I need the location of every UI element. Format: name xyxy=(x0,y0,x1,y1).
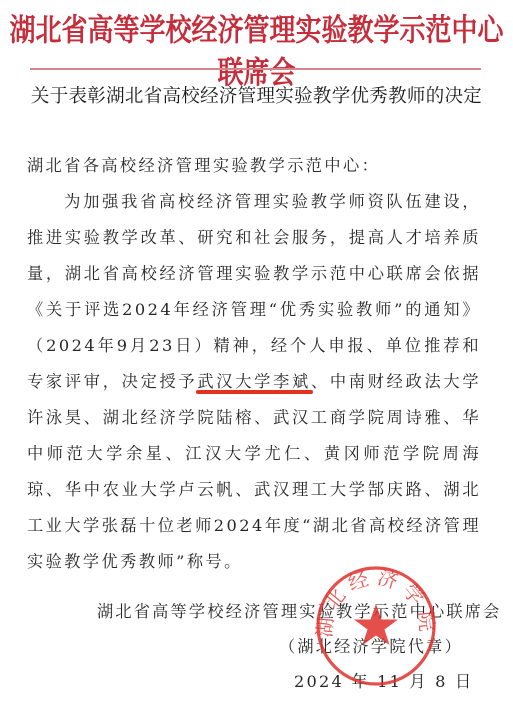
signature-seal-note: （湖北经济学院代章） xyxy=(279,635,463,659)
signature-organization: 湖北省高等学校经济管理实验教学示范中心联席会 xyxy=(97,600,502,624)
paragraph-text-after: 、中南财经政法大学许泳昊、湖北经济学院陆榕、武汉工商学院周诗雅、华中师范大学余星… xyxy=(27,372,481,571)
signature-date: 2024 年 11 月 8 日 xyxy=(294,670,473,694)
letterhead-title: 湖北省高等学校经济管理实验教学示范中心联席会 xyxy=(0,10,513,95)
body-paragraph: 为加强我省高校经济管理实验教学师资队伍建设，推进实验教学改革、研究和社会服务，提… xyxy=(27,184,481,580)
salutation: 湖北省各高校经济管理实验教学示范中心： xyxy=(27,148,481,184)
paragraph-text-before: 为加强我省高校经济管理实验教学师资队伍建设，推进实验教学改革、研究和社会服务，提… xyxy=(27,192,481,391)
document-title: 关于表彰湖北省高校经济管理实验教学优秀教师的决定 xyxy=(0,84,513,110)
highlighted-awardee: 武汉大学李斌 xyxy=(197,372,311,391)
letterhead-divider xyxy=(30,68,481,70)
